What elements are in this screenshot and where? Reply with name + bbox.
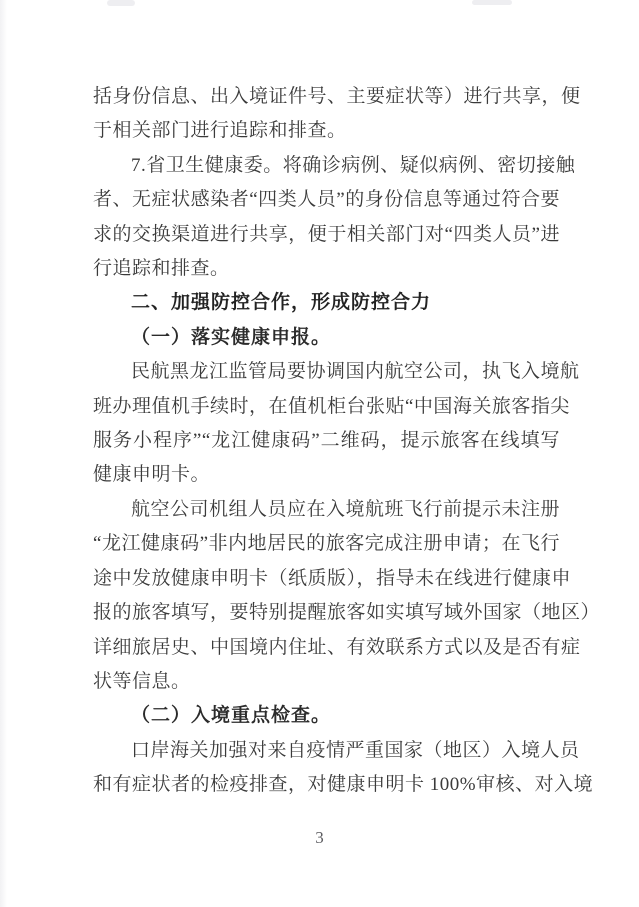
document-line: 航空公司机组人员应在入境航班飞行前提示未注册 [93, 493, 560, 527]
document-line: 详细旅居史、中国境内住址、有效联系方式以及是否有症 [93, 631, 560, 665]
document-line: 行追踪和排查。 [93, 252, 560, 286]
document-line: 民航黑龙江监管局要协调国内航空公司，执飞入境航 [93, 355, 560, 389]
document-line: 服务小程序”“龙江健康码”二维码，提示旅客在线填写 [93, 424, 560, 458]
scan-edge-shadow [0, 0, 7, 907]
document-line: 口岸海关加强对来自疫情严重国家（地区）入境人员 [93, 734, 560, 768]
document-line: 班办理值机手续时，在值机柜台张贴“中国海关旅客指尖 [93, 390, 560, 424]
document-line: “龙江健康码”非内地居民的旅客完成注册申请；在飞行 [93, 527, 560, 561]
document-line: 二、加强防控合作，形成防控合力 [93, 286, 560, 320]
document-line: 状等信息。 [93, 665, 560, 699]
document-line: 7.省卫生健康委。将确诊病例、疑似病例、密切接触 [93, 149, 560, 183]
document-line: （二）入境重点检查。 [93, 699, 560, 733]
scan-artifact [472, 0, 512, 5]
document-line: 和有症状者的检疫排查，对健康申明卡 100%审核、对入境 [93, 768, 560, 802]
scan-artifact [107, 0, 135, 6]
document-line: 求的交换渠道进行共享，便于相关部门对“四类人员”进 [93, 218, 560, 252]
page-number: 3 [0, 828, 639, 848]
document-line: 报的旅客填写，要特别提醒旅客如实填写域外国家（地区） [93, 596, 560, 630]
document-page: 括身份信息、出入境证件号、主要症状等）进行共享，便于相关部门进行追踪和排查。7.… [0, 0, 639, 907]
document-body: 括身份信息、出入境证件号、主要症状等）进行共享，便于相关部门进行追踪和排查。7.… [93, 80, 560, 803]
document-line: 括身份信息、出入境证件号、主要症状等）进行共享，便 [93, 80, 560, 114]
document-line: 健康申明卡。 [93, 458, 560, 492]
document-line: （一）落实健康申报。 [93, 321, 560, 355]
document-line: 途中发放健康申明卡（纸质版），指导未在线进行健康申 [93, 562, 560, 596]
document-line: 者、无症状感染者“四类人员”的身份信息等通过符合要 [93, 183, 560, 217]
document-line: 于相关部门进行追踪和排查。 [93, 114, 560, 148]
